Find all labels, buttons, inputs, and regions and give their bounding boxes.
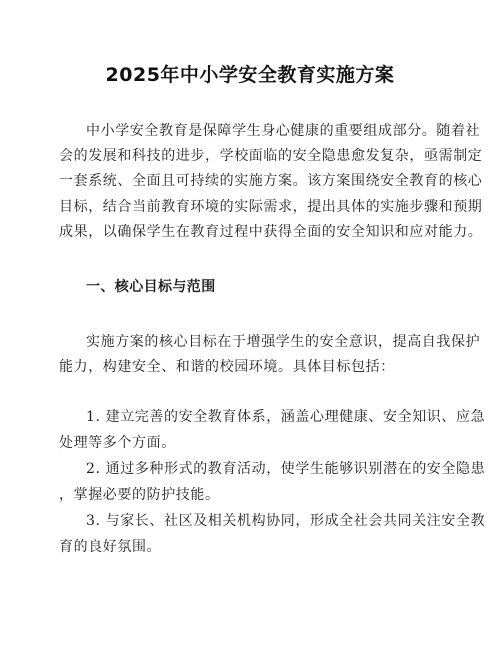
list-item-line: 3. 与家长、社区及相关机构协同，形成全社会共同关注安全教 [86, 510, 486, 530]
list-item-line: ，掌握必要的防护技能。 [59, 484, 459, 504]
paragraph-line: 能力，构建安全、和谐的校园环境。具体目标包括： [59, 356, 459, 376]
paragraph-line: 一套系统、全面且可持续的实施方案。该方案围绕安全教育的核心 [59, 170, 459, 190]
paragraph-line: 会的发展和科技的进步，学校面临的安全隐患愈发复杂，亟需制定 [59, 145, 459, 165]
paragraph-line: 实施方案的核心目标在于增强学生的安全意识，提高自我保护 [86, 331, 486, 351]
document-page: 2025年中小学安全教育实施方案 中小学安全教育是保障学生身心健康的重要组成部分… [0, 0, 500, 647]
paragraph-line: 中小学安全教育是保障学生身心健康的重要组成部分。随着社 [86, 120, 486, 140]
document-title: 2025年中小学安全教育实施方案 [0, 60, 500, 87]
list-item-line: 处理等多个方面。 [59, 432, 459, 452]
list-item-line: 1. 建立完善的安全教育体系，涵盖心理健康、安全知识、应急 [86, 406, 486, 426]
list-item-line: 2. 通过多种形式的教育活动，使学生能够识别潜在的安全隐患 [86, 458, 486, 478]
section-heading: 一、核心目标与范围 [86, 276, 216, 296]
paragraph-line: 目标，结合当前教育环境的实际需求，提出具体的实施步骤和预期 [59, 196, 459, 216]
paragraph-line: 成果，以确保学生在教育过程中获得全面的安全知识和应对能力。 [59, 221, 459, 241]
list-item-line: 育的良好氛围。 [59, 536, 459, 556]
